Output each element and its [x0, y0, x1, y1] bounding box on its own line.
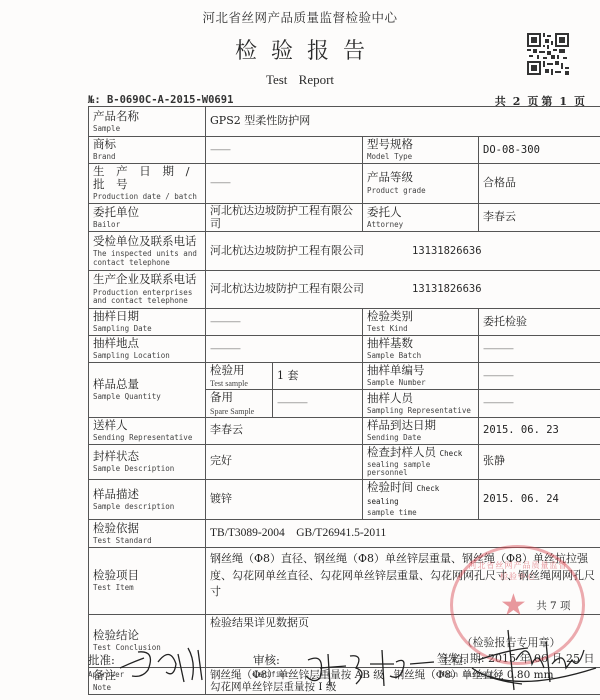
value-test-kind: 委托检验: [483, 315, 527, 328]
row-test-standard: 检验依据Test Standard TB/T3089-2004 GB/T2694…: [89, 520, 600, 548]
label-sample-quantity: 样品总量Sample Quantity: [89, 362, 206, 417]
label-attorney: 委托人Attorney: [363, 203, 479, 231]
label-sample-batch: 抽样基数Sample Batch: [363, 336, 479, 363]
value-production-phone: 13131826636: [412, 283, 482, 295]
value-sampling-rep: ———: [483, 396, 513, 409]
label-production-date: 生 产 日 期 / 批 号Production date / batch: [89, 163, 206, 203]
label-sample: 产品名称Sample: [89, 107, 206, 137]
value-bailor: 河北杭达边坡防护工程有限公司: [210, 204, 353, 230]
label-check-time: 检验时间 Check sealingsample time: [363, 480, 479, 520]
value-sampling-date: ———: [210, 315, 240, 328]
value-inspected-phone: 13131826636: [412, 245, 482, 257]
organization-name: 河北省丝网产品质量监督检验中心: [0, 8, 600, 26]
label-model-type: 型号规格Model Type: [363, 137, 479, 164]
row-production-enterprise: 生产企业及联系电话Production enterprises and cont…: [89, 271, 600, 309]
approver-handwriting-icon: [118, 642, 228, 687]
value-brand: ——: [210, 143, 230, 156]
label-sending-date: 样品到达日期Sending Date: [363, 417, 479, 444]
label-inspected-unit: 受检单位及联系电话The inspected units and contact…: [89, 232, 206, 271]
label-sampling-rep: 抽样人员Sampling Representative: [363, 390, 479, 417]
report-title: 检验报告: [0, 34, 600, 65]
value-production-enterprise: 河北杭达边坡防护工程有限公司: [210, 282, 364, 295]
label-test-sample: 检验用Test sample: [206, 362, 273, 389]
label-production-enterprise: 生产企业及联系电话Production enterprises and cont…: [89, 271, 206, 309]
value-attorney: 李春云: [483, 210, 516, 223]
row-sample-desc: 样品描述Sample description 镀锌 检验时间 Check sea…: [89, 480, 600, 520]
row-sampling-date: 抽样日期Sampling Date ——— 检验类别Test Kind 委托检验: [89, 309, 600, 336]
value-sampling-location: ———: [210, 342, 240, 355]
row-production-date: 生 产 日 期 / 批 号Production date / batch —— …: [89, 163, 600, 203]
label-sample-desc: 样品描述Sample description: [89, 480, 206, 520]
label-seal-status: 封样状态Sample Description: [89, 444, 206, 479]
label-test-standard: 检验依据Test Standard: [89, 520, 206, 548]
value-test-standard: TB/T3089-2004 GB/T26941.5-2011: [210, 527, 386, 539]
label-test-kind: 检验类别Test Kind: [363, 309, 479, 336]
row-brand: 商标Brand —— 型号规格Model Type DO-08-300: [89, 137, 600, 164]
label-sampling-location: 抽样地点Sampling Location: [89, 336, 206, 363]
main-inspector-handwriting-icon: [468, 620, 600, 695]
row-test-sample: 样品总量Sample Quantity 检验用Test sample 1 套 抽…: [89, 362, 600, 389]
label-brand: 商标Brand: [89, 137, 206, 164]
value-production-date: ——: [210, 176, 230, 189]
label-test-item: 检验项目Test Item: [89, 548, 206, 615]
label-sampling-date: 抽样日期Sampling Date: [89, 309, 206, 336]
label-product-grade: 产品等级Product grade: [363, 163, 479, 203]
value-product-grade: 合格品: [483, 176, 516, 189]
value-seal-checker: 张静: [483, 454, 505, 467]
label-sample-number: 抽样单编号Sample Number: [363, 362, 479, 389]
value-seal-status: 完好: [210, 454, 232, 467]
value-sample-batch: ———: [483, 342, 513, 355]
row-bailor: 委托单位Bailor 河北杭达边坡防护工程有限公司 委托人Attorney 李春…: [89, 203, 600, 231]
verifier-handwriting-icon: [298, 640, 438, 690]
value-sending-rep: 李春云: [210, 423, 243, 436]
label-sending-rep: 送样人Sending Representative: [89, 417, 206, 444]
verifier-signature: 审核:Verifier: [253, 652, 289, 679]
row-sending-rep: 送样人Sending Representative 李春云 样品到达日期Send…: [89, 417, 600, 444]
value-sending-date: 2015. 06. 23: [483, 424, 559, 436]
label-bailor: 委托单位Bailor: [89, 203, 206, 231]
value-inspected-unit: 河北杭达边坡防护工程有限公司: [210, 244, 364, 257]
value-sample: GPS2 型柔性防护网: [210, 114, 310, 127]
signature-row: 批准:Approver 审核:Verifier 主检:Main inspecto…: [88, 650, 600, 695]
row-sample: 产品名称Sample GPS2 型柔性防护网: [89, 107, 600, 137]
row-inspected-unit: 受检单位及联系电话The inspected units and contact…: [89, 232, 600, 271]
label-spare-sample: 备用Spare Sample: [206, 390, 273, 417]
row-seal-status: 封样状态Sample Description 完好 检查封样人员 Checkse…: [89, 444, 600, 479]
report-number: №: B-0690C-A-2015-W0691: [88, 94, 233, 106]
value-test-sample: 1 套: [277, 369, 299, 382]
value-sample-number: ———: [483, 369, 513, 382]
stamp-ring-text: 河北省丝网产品质量监督检验中心: [468, 560, 568, 582]
row-sampling-location: 抽样地点Sampling Location ——— 抽样基数Sample Bat…: [89, 336, 600, 363]
stamp-star-icon: ★: [500, 588, 527, 623]
qr-code-icon: [526, 33, 570, 75]
report-subtitle: Test Report: [0, 72, 600, 88]
value-check-time: 2015. 06. 24: [483, 493, 559, 505]
label-seal-checker: 检查封样人员 Checksealing sample personnel: [363, 444, 479, 479]
value-sample-desc: 镀锌: [210, 492, 232, 505]
value-model-type: DO-08-300: [483, 144, 540, 156]
value-spare-sample: ———: [277, 396, 307, 409]
